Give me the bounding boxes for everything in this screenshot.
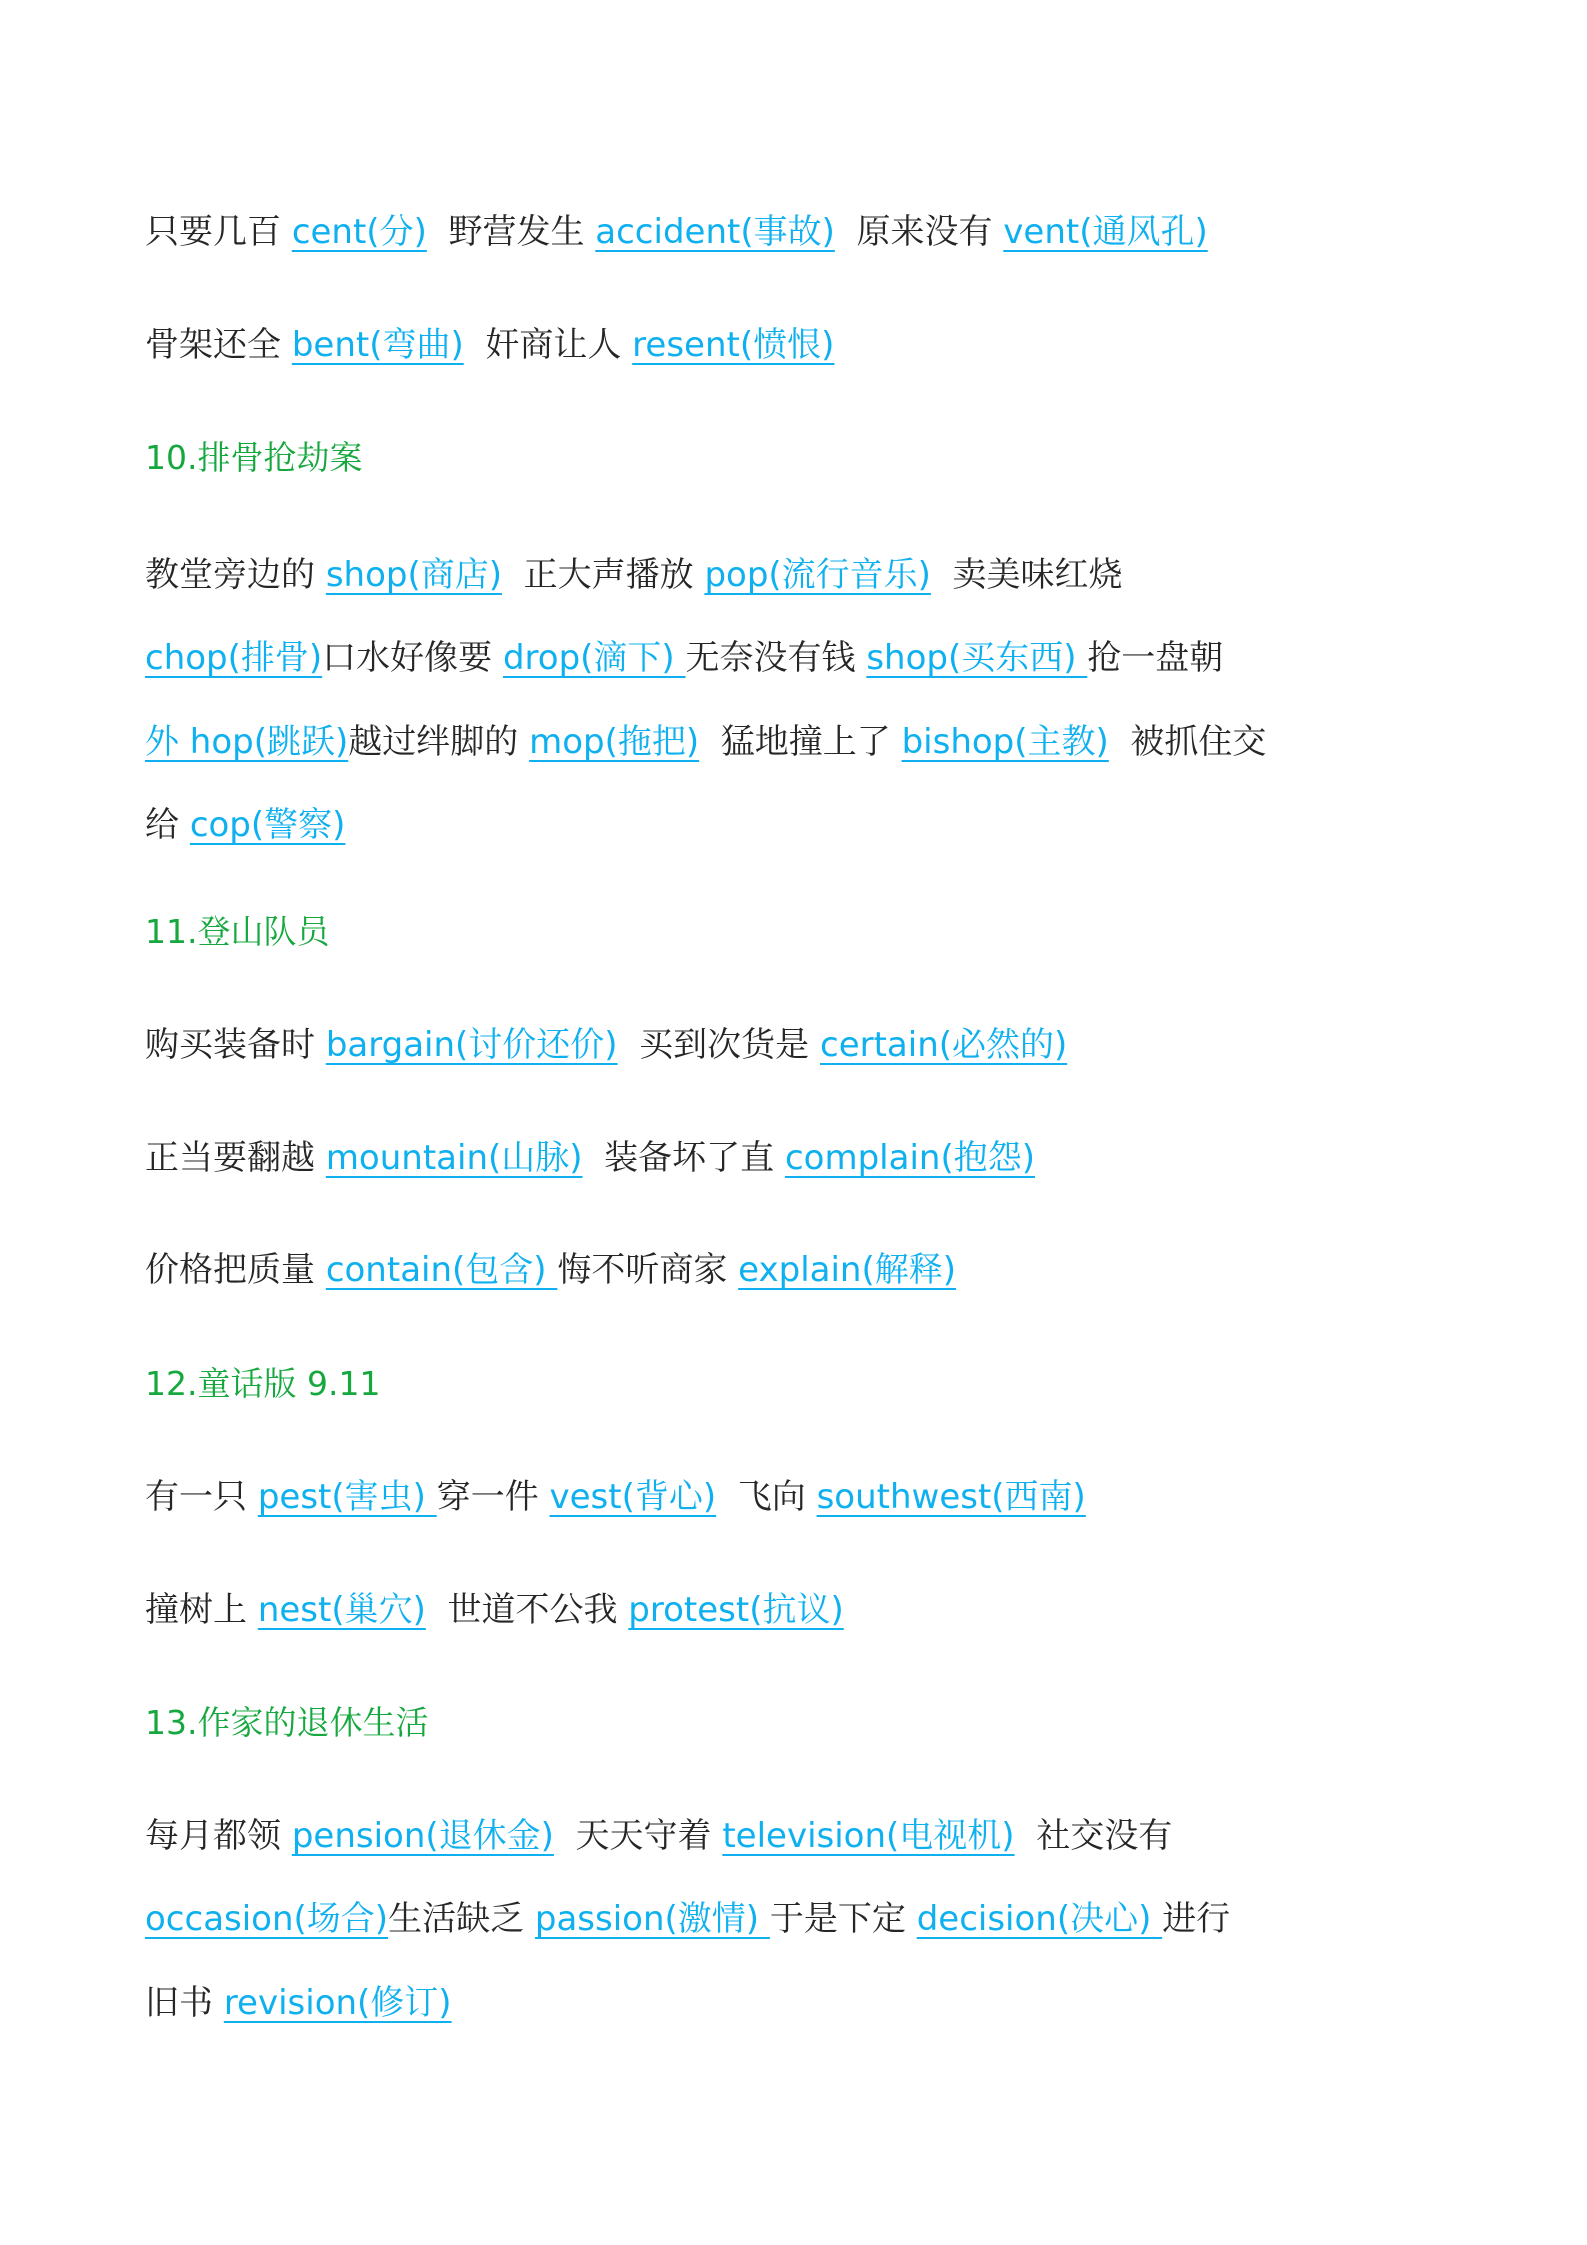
body-text: 购买装备时 xyxy=(145,1025,326,1065)
body-text: 抢一盘朝 xyxy=(1087,638,1223,678)
paragraph-line: chop(排骨)口水好像要 drop(滴下) 无奈没有钱 shop(买东西) 抢… xyxy=(145,636,1223,680)
vocab-link[interactable]: chop(排骨) xyxy=(145,638,322,678)
vocab-link[interactable]: television(电视机) xyxy=(722,1816,1014,1856)
body-text: 猛地撞上了 xyxy=(699,722,901,762)
body-text: 只要几百 xyxy=(145,212,292,252)
vocab-link[interactable]: bent(弯曲) xyxy=(292,325,464,365)
body-text: 天天守着 xyxy=(554,1816,722,1856)
paragraph-line: 购买装备时 bargain(讨价还价) 买到次货是 certain(必然的) xyxy=(145,1023,1067,1067)
paragraph-line: 正当要翻越 mountain(山脉) 装备坏了直 complain(抱怨) xyxy=(145,1136,1035,1180)
body-text: 教堂旁边的 xyxy=(145,555,326,595)
body-text: 生活缺乏 xyxy=(388,1899,535,1939)
vocab-link[interactable]: contain(包含) xyxy=(326,1250,558,1290)
body-text: 价格把质量 xyxy=(145,1250,326,1290)
vocab-link[interactable]: pension(退休金) xyxy=(292,1816,554,1856)
body-text: 给 xyxy=(145,805,190,845)
vocab-link[interactable]: nest(巢穴) xyxy=(258,1590,426,1630)
body-text: 原来没有 xyxy=(835,212,1003,252)
paragraph-line: 有一只 pest(害虫) 穿一件 vest(背心) 飞向 southwest(西… xyxy=(145,1475,1086,1519)
vocab-link[interactable]: protest(抗议) xyxy=(628,1590,843,1630)
paragraph-line: 旧书 revision(修订) xyxy=(145,1981,452,2025)
vocab-link[interactable]: resent(愤恨) xyxy=(632,325,834,365)
vocab-link[interactable]: mop(拖把) xyxy=(529,722,699,762)
vocab-link[interactable]: revision(修订) xyxy=(224,1983,452,2023)
vocab-link[interactable]: vent(通风孔) xyxy=(1003,212,1207,252)
paragraph-line: occasion(场合)生活缺乏 passion(激情) 于是下定 decisi… xyxy=(145,1897,1230,1941)
vocab-link[interactable]: complain(抱怨) xyxy=(785,1138,1035,1178)
body-text: 世道不公我 xyxy=(426,1590,628,1630)
paragraph-line: 撞树上 nest(巢穴) 世道不公我 protest(抗议) xyxy=(145,1588,844,1632)
body-text: 越过绊脚的 xyxy=(348,722,529,762)
vocab-link[interactable]: vest(背心) xyxy=(550,1477,717,1517)
body-text: 正当要翻越 xyxy=(145,1138,326,1178)
body-text: 飞向 xyxy=(716,1477,816,1517)
vocab-link[interactable]: shop(买东西) xyxy=(866,638,1087,678)
vocab-link[interactable]: pop(流行音乐) xyxy=(704,555,931,595)
section-heading: 12.童话版 9.11 xyxy=(145,1362,380,1406)
body-text: 奸商让人 xyxy=(464,325,632,365)
vocab-link[interactable]: decision(决心) xyxy=(917,1899,1163,1939)
section-heading: 10.排骨抢劫案 xyxy=(145,436,362,480)
paragraph-line: 教堂旁边的 shop(商店) 正大声播放 pop(流行音乐) 卖美味红烧 xyxy=(145,553,1123,597)
body-text: 买到次货是 xyxy=(618,1025,820,1065)
vocab-link[interactable]: bargain(讨价还价) xyxy=(326,1025,618,1065)
vocab-link[interactable]: occasion(场合) xyxy=(145,1899,388,1939)
body-text: 正大声播放 xyxy=(502,555,704,595)
body-text: 每月都领 xyxy=(145,1816,292,1856)
vocab-link[interactable]: mountain(山脉) xyxy=(326,1138,583,1178)
body-text: 口水好像要 xyxy=(322,638,503,678)
body-text: 穿一件 xyxy=(437,1477,550,1517)
body-text: 卖美味红烧 xyxy=(931,555,1123,595)
body-text: 于是下定 xyxy=(770,1899,917,1939)
body-text: 无奈没有钱 xyxy=(686,638,867,678)
vocab-link[interactable]: explain(解释) xyxy=(738,1250,956,1290)
body-text: 被抓住交 xyxy=(1109,722,1267,762)
vocab-link[interactable]: southwest(西南) xyxy=(817,1477,1086,1517)
body-text: 骨架还全 xyxy=(145,325,292,365)
section-heading: 13.作家的退休生活 xyxy=(145,1701,428,1745)
vocab-link[interactable]: bishop(主教) xyxy=(902,722,1109,762)
vocab-link[interactable]: cop(警察) xyxy=(190,805,346,845)
vocab-link[interactable]: 外 hop(跳跃) xyxy=(145,722,348,762)
body-text: 撞树上 xyxy=(145,1590,258,1630)
paragraph-line: 给 cop(警察) xyxy=(145,803,345,847)
vocab-link[interactable]: shop(商店) xyxy=(326,555,502,595)
vocab-link[interactable]: drop(滴下) xyxy=(503,638,686,678)
body-text: 野营发生 xyxy=(427,212,595,252)
vocab-link[interactable]: pest(害虫) xyxy=(258,1477,437,1517)
body-text: 悔不听商家 xyxy=(557,1250,738,1290)
vocab-link[interactable]: cent(分) xyxy=(292,212,427,252)
paragraph-line: 外 hop(跳跃)越过绊脚的 mop(拖把) 猛地撞上了 bishop(主教) … xyxy=(145,720,1266,764)
body-text: 装备坏了直 xyxy=(583,1138,785,1178)
vocab-link[interactable]: certain(必然的) xyxy=(820,1025,1067,1065)
paragraph-line: 骨架还全 bent(弯曲) 奸商让人 resent(愤恨) xyxy=(145,323,834,367)
body-text: 旧书 xyxy=(145,1983,224,2023)
paragraph-line: 只要几百 cent(分) 野营发生 accident(事故) 原来没有 vent… xyxy=(145,210,1208,254)
paragraph-line: 每月都领 pension(退休金) 天天守着 television(电视机) 社… xyxy=(145,1814,1172,1858)
paragraph-line: 价格把质量 contain(包含) 悔不听商家 explain(解释) xyxy=(145,1248,956,1292)
body-text: 进行 xyxy=(1162,1899,1230,1939)
vocab-link[interactable]: accident(事故) xyxy=(595,212,835,252)
vocab-link[interactable]: passion(激情) xyxy=(535,1899,770,1939)
body-text: 有一只 xyxy=(145,1477,258,1517)
section-heading: 11.登山队员 xyxy=(145,910,329,954)
body-text: 社交没有 xyxy=(1015,1816,1173,1856)
